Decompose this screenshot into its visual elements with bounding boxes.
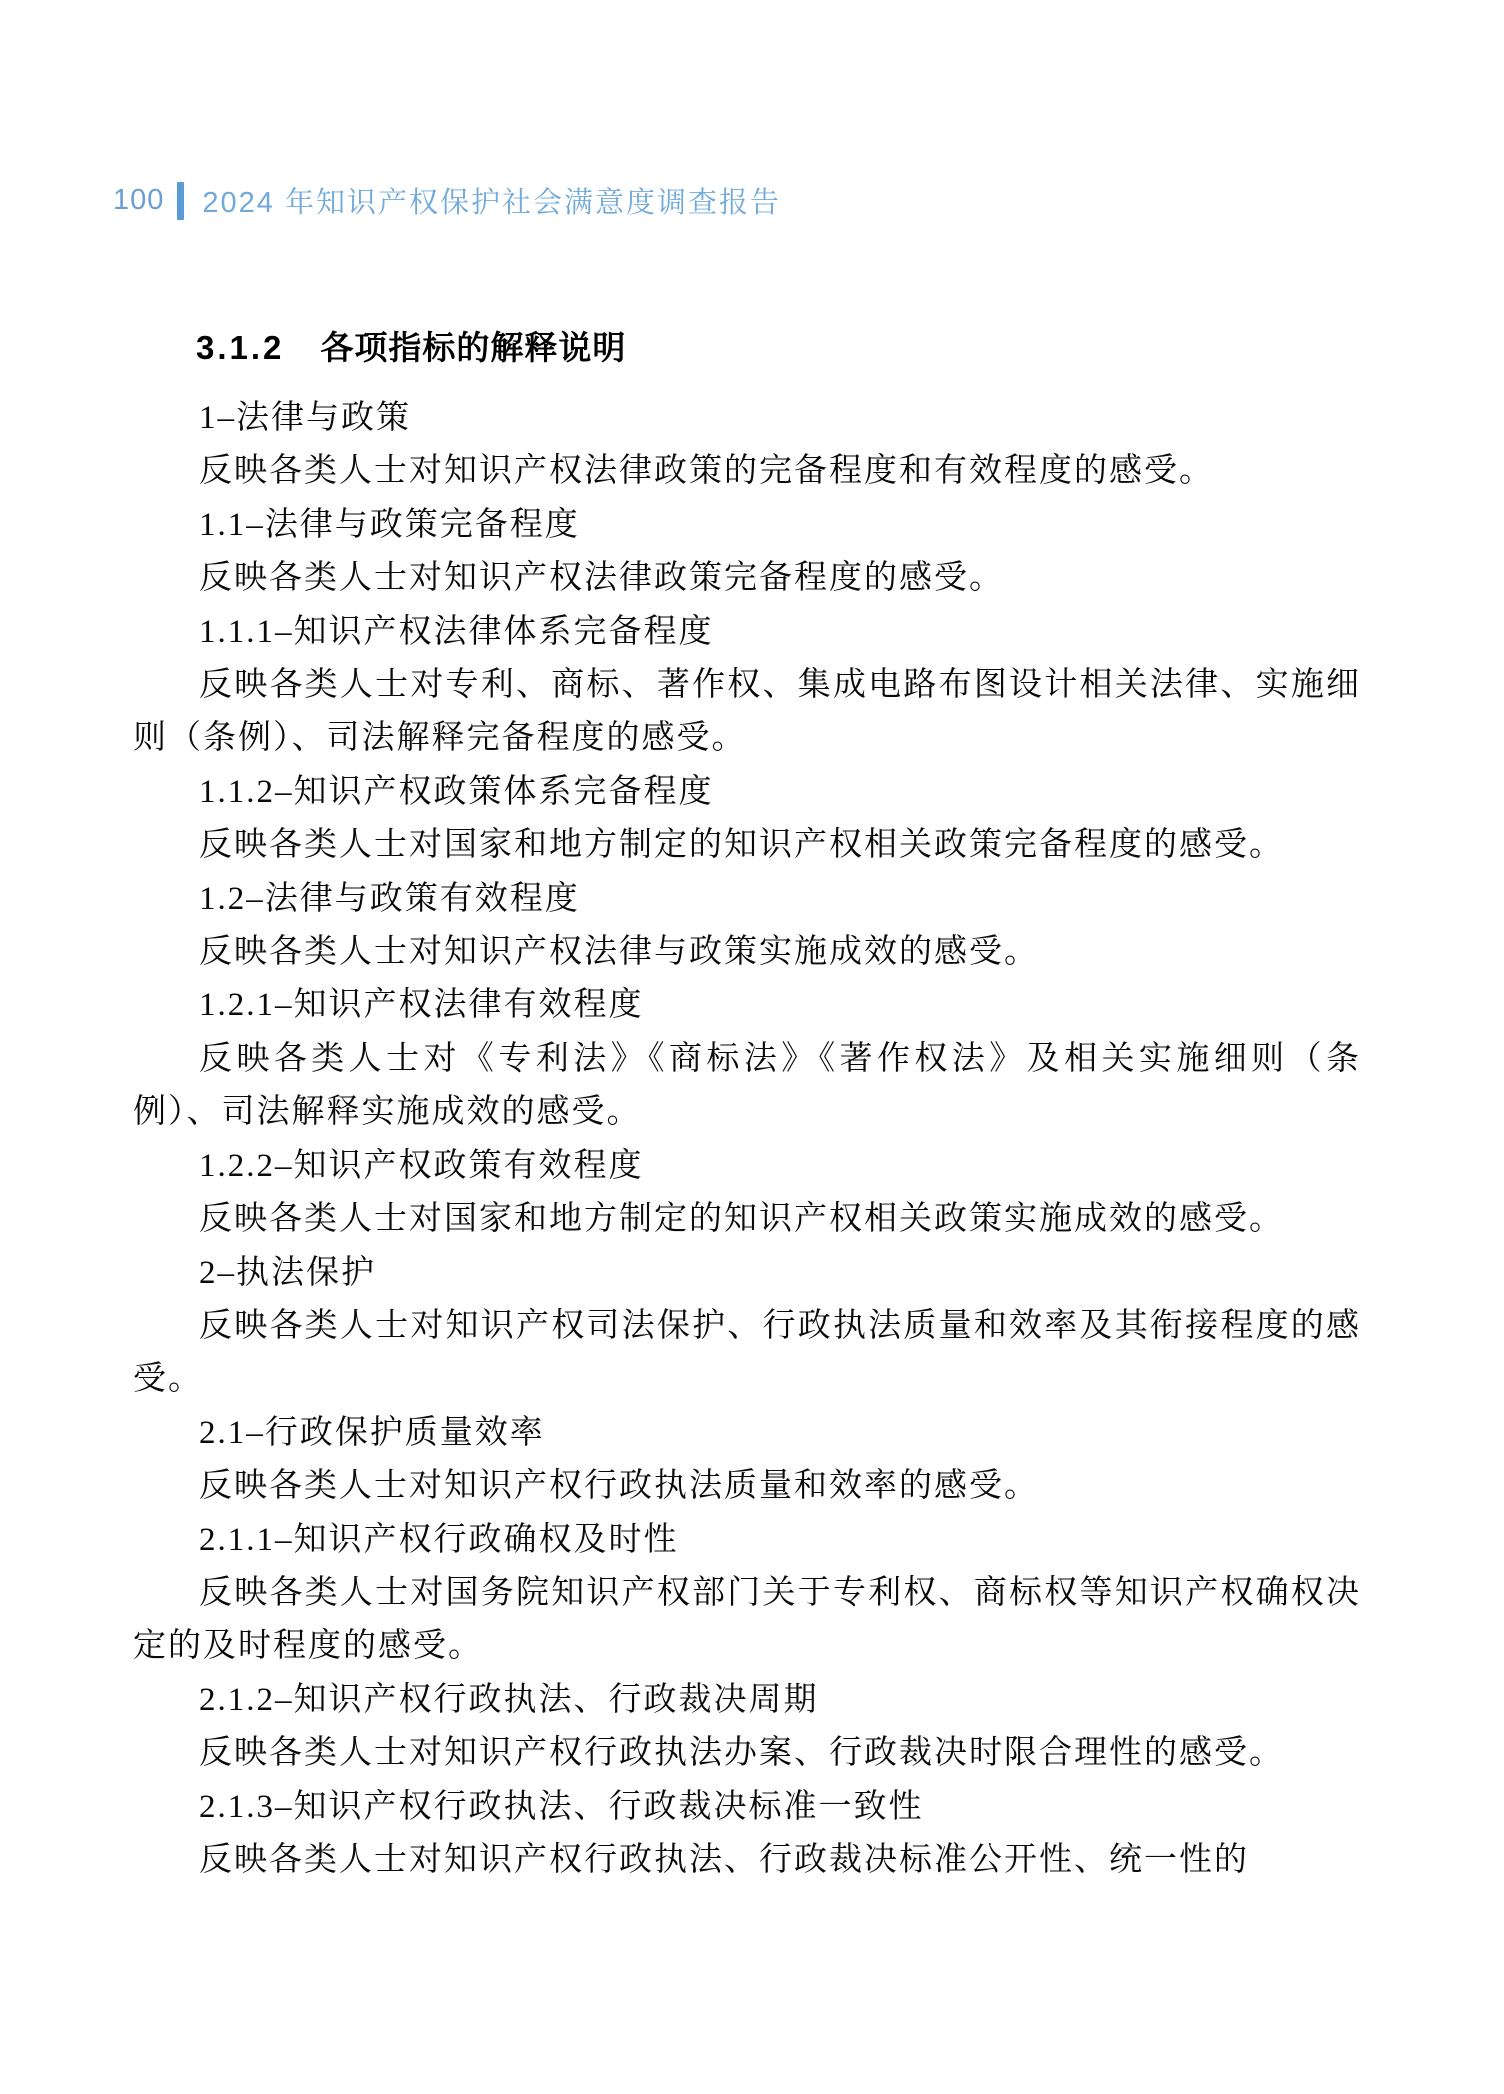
- section-title: 各项指标的解释说明: [320, 329, 626, 366]
- paragraph: 1.1–法律与政策完备程度: [133, 499, 1361, 552]
- paragraph: 1.2–法律与政策有效程度: [133, 873, 1361, 926]
- paragraph: 反映各类人士对国家和地方制定的知识产权相关政策实施成效的感受。: [133, 1193, 1361, 1246]
- paragraph: 反映各类人士对知识产权法律与政策实施成效的感受。: [133, 926, 1361, 979]
- paragraph: 反映各类人士对知识产权司法保护、行政执法质量和效率及其衔接程度的感受。: [133, 1300, 1361, 1407]
- paragraph: 2.1.3–知识产权行政执法、行政裁决标准一致性: [133, 1781, 1361, 1834]
- paragraph: 反映各类人士对知识产权行政执法办案、行政裁决时限合理性的感受。: [133, 1727, 1361, 1780]
- paragraph: 1.2.1–知识产权法律有效程度: [133, 979, 1361, 1032]
- paragraph: 反映各类人士对国家和地方制定的知识产权相关政策完备程度的感受。: [133, 819, 1361, 872]
- paragraph: 1–法律与政策: [133, 392, 1361, 445]
- section-heading: 3.1.2各项指标的解释说明: [196, 322, 626, 369]
- paragraph: 1.2.2–知识产权政策有效程度: [133, 1140, 1361, 1193]
- paragraph: 2–执法保护: [133, 1247, 1361, 1300]
- page-number: 100: [113, 184, 164, 217]
- page-header: 100 2024 年知识产权保护社会满意度调查报告: [113, 180, 781, 221]
- paragraph: 反映各类人士对专利、商标、著作权、集成电路布图设计相关法律、实施细则（条例）、司…: [133, 659, 1361, 766]
- paragraph: 反映各类人士对知识产权行政执法、行政裁决标准公开性、统一性的: [133, 1834, 1361, 1887]
- document-page: 100 2024 年知识产权保护社会满意度调查报告 3.1.2各项指标的解释说明…: [0, 0, 1504, 2094]
- paragraph: 反映各类人士对知识产权行政执法质量和效率的感受。: [133, 1460, 1361, 1513]
- paragraph: 1.1.2–知识产权政策体系完备程度: [133, 766, 1361, 819]
- paragraph: 2.1–行政保护质量效率: [133, 1407, 1361, 1460]
- paragraph: 1.1.1–知识产权法律体系完备程度: [133, 606, 1361, 659]
- paragraph: 反映各类人士对国务院知识产权部门关于专利权、商标权等知识产权确权决定的及时程度的…: [133, 1567, 1361, 1674]
- paragraph: 2.1.1–知识产权行政确权及时性: [133, 1514, 1361, 1567]
- report-title: 2024 年知识产权保护社会满意度调查报告: [202, 180, 781, 221]
- body-text: 1–法律与政策反映各类人士对知识产权法律政策的完备程度和有效程度的感受。1.1–…: [133, 392, 1361, 1887]
- paragraph: 反映各类人士对知识产权法律政策的完备程度和有效程度的感受。: [133, 445, 1361, 498]
- paragraph: 反映各类人士对《专利法》《商标法》《著作权法》及相关实施细则（条例）、司法解释实…: [133, 1033, 1361, 1140]
- paragraph: 反映各类人士对知识产权法律政策完备程度的感受。: [133, 552, 1361, 605]
- section-number: 3.1.2: [196, 329, 284, 366]
- header-divider-bar: [177, 182, 184, 220]
- paragraph: 2.1.2–知识产权行政执法、行政裁决周期: [133, 1674, 1361, 1727]
